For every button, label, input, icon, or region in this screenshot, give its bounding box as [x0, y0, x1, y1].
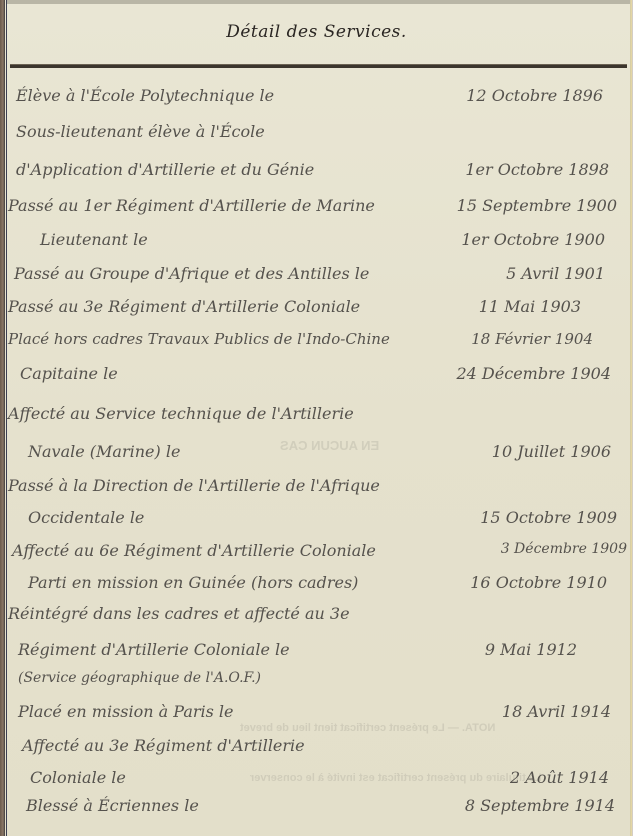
entry-row: Coloniale le 2 Août 1914 — [0, 768, 633, 798]
entry-text: Placé en mission à Paris le — [18, 702, 234, 721]
entry-row: Affecté au 6e Régiment d'Artillerie Colo… — [0, 541, 633, 571]
entry-text: d'Application d'Artillerie et du Génie — [16, 160, 314, 179]
entry-date: 18 Février 1904 — [471, 330, 593, 348]
entry-date: 15 Octobre 1909 — [480, 508, 617, 527]
entry-text: Parti en mission en Guinée (hors cadres) — [28, 573, 358, 592]
entry-row: Affecté au Service technique de l'Artill… — [0, 404, 633, 434]
entry-text: Coloniale le — [30, 768, 126, 787]
entry-text: Passé au 1er Régiment d'Artillerie de Ma… — [8, 196, 375, 215]
entry-row: Passé au 1er Régiment d'Artillerie de Ma… — [0, 196, 633, 226]
entry-text: Occidentale le — [28, 508, 144, 527]
entry-date: 24 Décembre 1904 — [456, 364, 611, 383]
entry-text: Lieutenant le — [40, 230, 148, 249]
entry-row: Placé en mission à Paris le 18 Avril 191… — [0, 702, 633, 732]
entry-date: 2 Août 1914 — [510, 768, 609, 787]
entry-text: Élève à l'École Polytechnique le — [16, 86, 274, 105]
entry-row: Régiment d'Artillerie Coloniale le 9 Mai… — [0, 640, 633, 670]
entry-text: (Service géographique de l'A.O.F.) — [18, 670, 261, 686]
entry-text: Réintégré dans les cadres et affecté au … — [8, 604, 350, 623]
entry-date: 12 Octobre 1896 — [466, 86, 603, 105]
entry-row: Placé hors cadres Travaux Publics de l'I… — [0, 330, 633, 360]
entry-row: Élève à l'École Polytechnique le 12 Octo… — [0, 86, 633, 116]
entry-date: 15 Septembre 1900 — [457, 196, 617, 215]
entry-text: Affecté au 3e Régiment d'Artillerie — [22, 736, 305, 755]
entry-date: 11 Mai 1903 — [479, 297, 581, 316]
entry-date: 8 Septembre 1914 — [465, 796, 615, 815]
entry-text: Blessé à Écriennes le — [26, 796, 199, 815]
entry-date: 1er Octobre 1898 — [465, 160, 609, 179]
entry-row: (Service géographique de l'A.O.F.) — [0, 670, 633, 700]
entry-date: 18 Avril 1914 — [502, 702, 611, 721]
entry-row: Passé au Groupe d'Afrique et des Antille… — [0, 264, 633, 294]
entry-row: Lieutenant le 1er Octobre 1900 — [0, 230, 633, 260]
entry-text: Placé hors cadres Travaux Publics de l'I… — [8, 330, 390, 348]
entry-row: Parti en mission en Guinée (hors cadres)… — [0, 573, 633, 603]
entry-date: 3 Décembre 1909 — [501, 541, 627, 557]
entry-row: Passé à la Direction de l'Artillerie de … — [0, 476, 633, 506]
entry-date: 10 Juillet 1906 — [492, 442, 611, 461]
entry-text: Passé au Groupe d'Afrique et des Antille… — [14, 264, 369, 283]
entry-row: Passé au 3e Régiment d'Artillerie Coloni… — [0, 297, 633, 327]
entry-row: Occidentale le 15 Octobre 1909 — [0, 508, 633, 538]
entry-text: Affecté au 6e Régiment d'Artillerie Colo… — [12, 541, 376, 560]
entry-row: Réintégré dans les cadres et affecté au … — [0, 604, 633, 634]
entry-text: Passé au 3e Régiment d'Artillerie Coloni… — [8, 297, 360, 316]
entry-row: Blessé à Écriennes le 8 Septembre 1914 — [0, 796, 633, 826]
service-entries: Élève à l'École Polytechnique le 12 Octo… — [0, 0, 633, 836]
entry-text: Navale (Marine) le — [28, 442, 180, 461]
entry-text: Capitaine le — [20, 364, 118, 383]
entry-date: 9 Mai 1912 — [485, 640, 577, 659]
entry-date: 5 Avril 1901 — [506, 264, 605, 283]
document-page: EN AUCUN CAS NOTA. — Le présent certific… — [0, 0, 633, 836]
entry-text: Passé à la Direction de l'Artillerie de … — [8, 476, 380, 495]
entry-row: Sous-lieutenant élève à l'École — [0, 122, 633, 152]
entry-date: 1er Octobre 1900 — [461, 230, 605, 249]
entry-row: Navale (Marine) le 10 Juillet 1906 — [0, 442, 633, 472]
entry-text: Affecté au Service technique de l'Artill… — [8, 404, 354, 423]
entry-text: Régiment d'Artillerie Coloniale le — [18, 640, 290, 659]
entry-text: Sous-lieutenant élève à l'École — [16, 122, 265, 141]
entry-date: 16 Octobre 1910 — [470, 573, 607, 592]
entry-row: Affecté au 3e Régiment d'Artillerie — [0, 736, 633, 766]
entry-row: d'Application d'Artillerie et du Génie 1… — [0, 160, 633, 190]
entry-row: Capitaine le 24 Décembre 1904 — [0, 364, 633, 394]
